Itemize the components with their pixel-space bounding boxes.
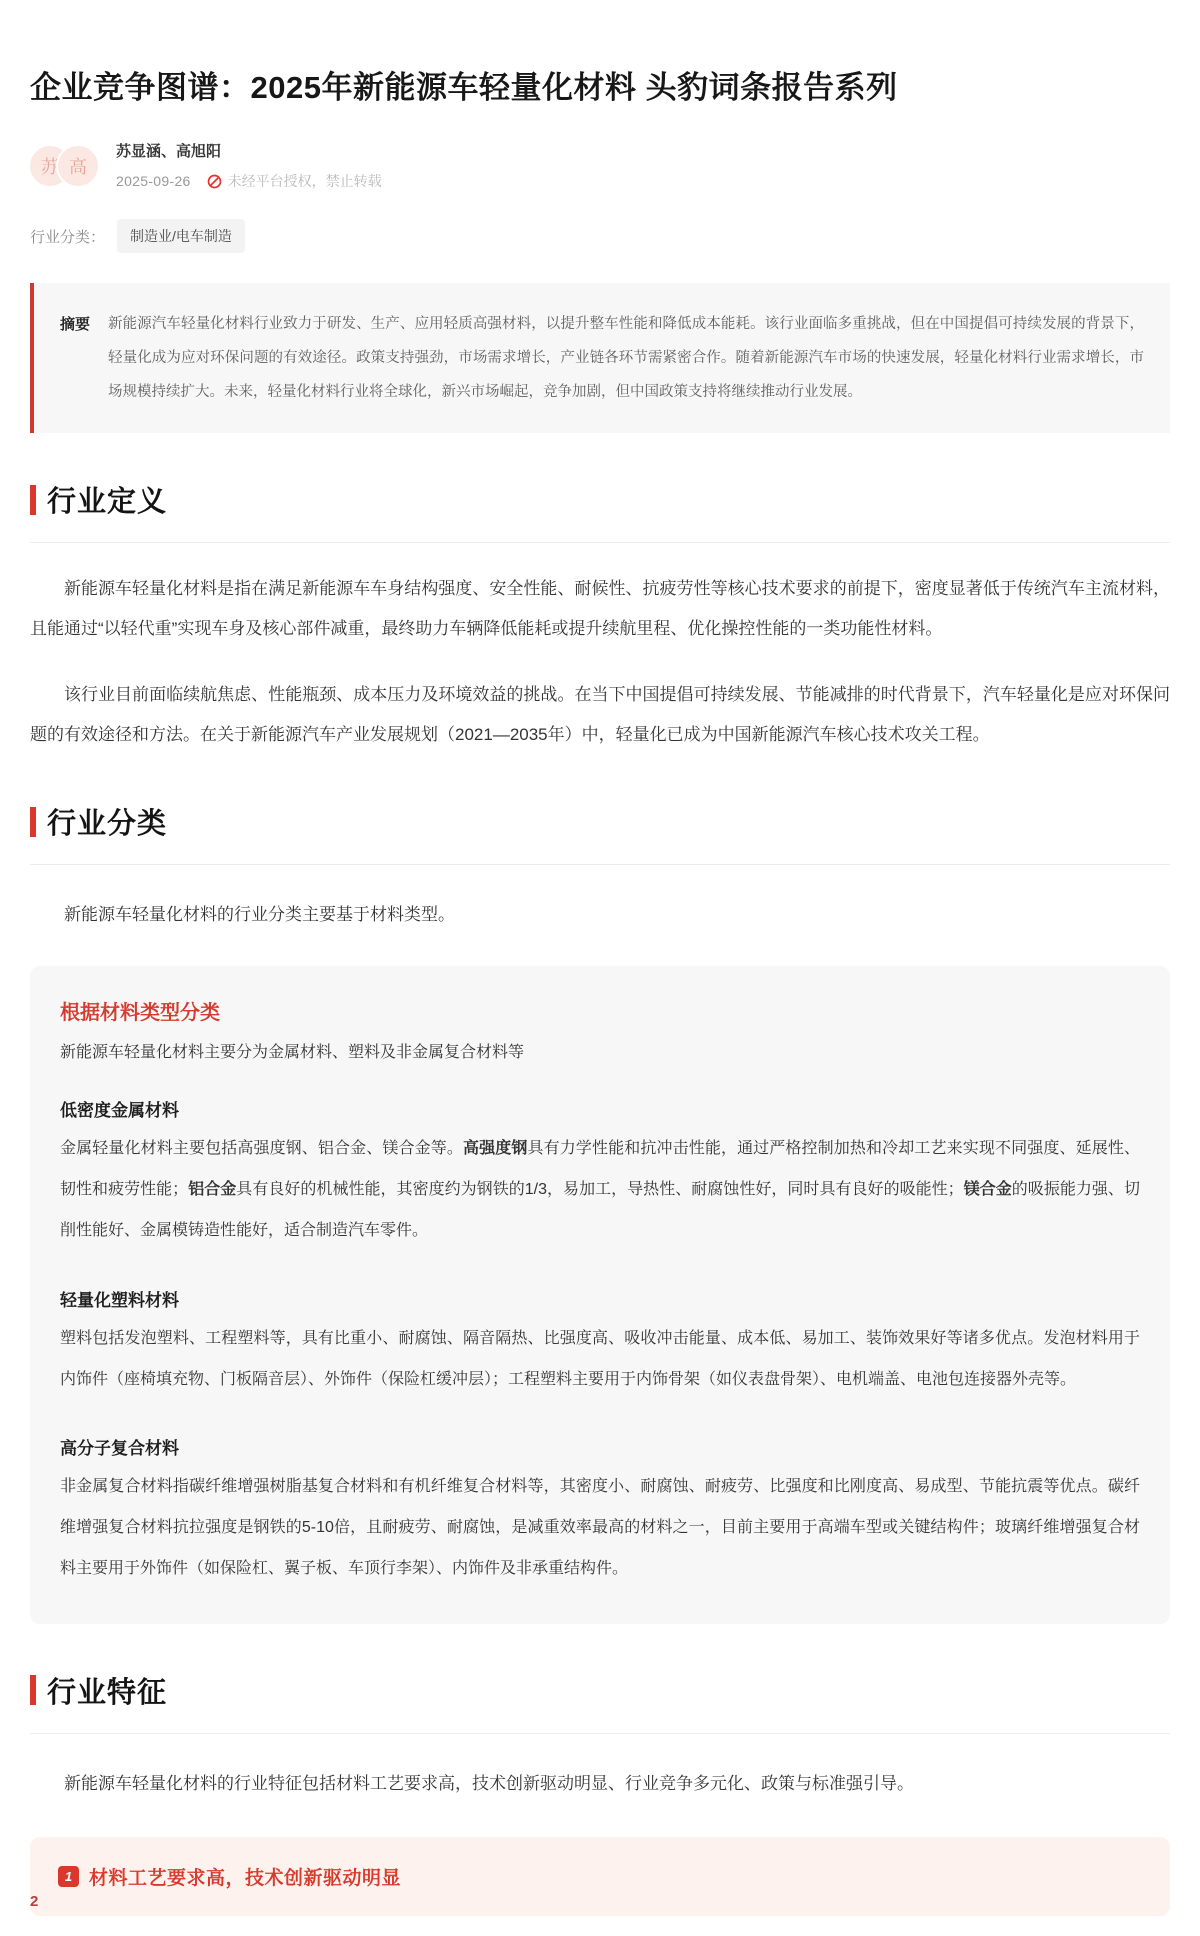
date-line: 2025-09-26 未经平台授权，禁止转载: [116, 171, 382, 191]
classification-box-subtitle: 新能源车轻量化材料主要分为金属材料、塑料及非金属复合材料等: [60, 1039, 1140, 1062]
section-title: 行业特征: [47, 1670, 167, 1711]
category-label: 行业分类：: [30, 226, 105, 247]
no-reprint-text: 未经平台授权，禁止转载: [228, 171, 382, 191]
section-bar: [30, 807, 36, 837]
material-group-name: 低密度金属材料: [60, 1096, 1140, 1121]
section-heading-features: 行业特征: [30, 1670, 1170, 1711]
section-title: 行业分类: [47, 801, 167, 842]
author-row: 苏 高 苏显涵、高旭阳 2025-09-26 未经平台授权，禁止转载: [30, 140, 1170, 191]
abstract-label: 摘要: [60, 307, 90, 409]
page-number: 2: [30, 1893, 38, 1910]
abstract-box: 摘要 新能源汽车轻量化材料行业致力于研发、生产、应用轻质高强材料，以提升整车性能…: [30, 283, 1170, 433]
number-badge-icon: 1: [58, 1866, 79, 1887]
author-names[interactable]: 苏显涵、高旭阳: [116, 140, 382, 161]
divider: [30, 542, 1170, 543]
publish-date: 2025-09-26: [116, 173, 191, 189]
section-heading-definition: 行业定义: [30, 479, 1170, 520]
category-tag[interactable]: 制造业/电车制造: [117, 219, 245, 253]
classification-box: 根据材料类型分类 新能源车轻量化材料主要分为金属材料、塑料及非金属复合材料等 低…: [30, 966, 1170, 1623]
material-group-name: 高分子复合材料: [60, 1434, 1140, 1459]
page-title: 企业竞争图谱：2025年新能源车轻量化材料 头豹词条报告系列: [30, 68, 1170, 108]
report-page: 企业竞争图谱：2025年新能源车轻量化材料 头豹词条报告系列 苏 高 苏显涵、高…: [0, 0, 1200, 1936]
material-group-name: 轻量化塑料材料: [60, 1286, 1140, 1311]
definition-paragraph-1: 新能源车轻量化材料是指在满足新能源车车身结构强度、安全性能、耐候性、抗疲劳性等核…: [30, 569, 1170, 649]
definition-paragraph-2: 该行业目前面临续航焦虑、性能瓶颈、成本压力及环境效益的挑战。在当下中国提倡可持续…: [30, 675, 1170, 755]
author-avatars[interactable]: 苏 高: [30, 146, 98, 186]
feature-item-1: 1 材料工艺要求高，技术创新驱动明显: [30, 1837, 1170, 1916]
material-group-text: 塑料包括发泡塑料、工程塑料等，具有比重小、耐腐蚀、隔音隔热、比强度高、吸收冲击能…: [60, 1319, 1140, 1401]
divider: [30, 1733, 1170, 1734]
material-group-text: 金属轻量化材料主要包括高强度钢、铝合金、镁合金等。高强度钢具有力学性能和抗冲击性…: [60, 1129, 1140, 1251]
features-intro: 新能源车轻量化材料的行业特征包括材料工艺要求高，技术创新驱动明显、行业竞争多元化…: [30, 1764, 1170, 1803]
author-meta: 苏显涵、高旭阳 2025-09-26 未经平台授权，禁止转载: [116, 140, 382, 191]
classification-intro: 新能源车轻量化材料的行业分类主要基于材料类型。: [30, 895, 1170, 934]
section-bar: [30, 1675, 36, 1705]
feature-title: 材料工艺要求高，技术创新驱动明显: [89, 1863, 401, 1890]
section-heading-classification: 行业分类: [30, 801, 1170, 842]
avatar[interactable]: 高: [58, 146, 98, 186]
classification-box-title: 根据材料类型分类: [60, 996, 1140, 1025]
section-bar: [30, 485, 36, 515]
section-title: 行业定义: [47, 479, 167, 520]
category-row: 行业分类： 制造业/电车制造: [30, 219, 1170, 253]
divider: [30, 864, 1170, 865]
material-group-text: 非金属复合材料指碳纤维增强树脂基复合材料和有机纤维复合材料等，其密度小、耐腐蚀、…: [60, 1467, 1140, 1589]
abstract-text: 新能源汽车轻量化材料行业致力于研发、生产、应用轻质高强材料，以提升整车性能和降低…: [108, 307, 1144, 409]
no-reprint-icon: [207, 174, 222, 189]
